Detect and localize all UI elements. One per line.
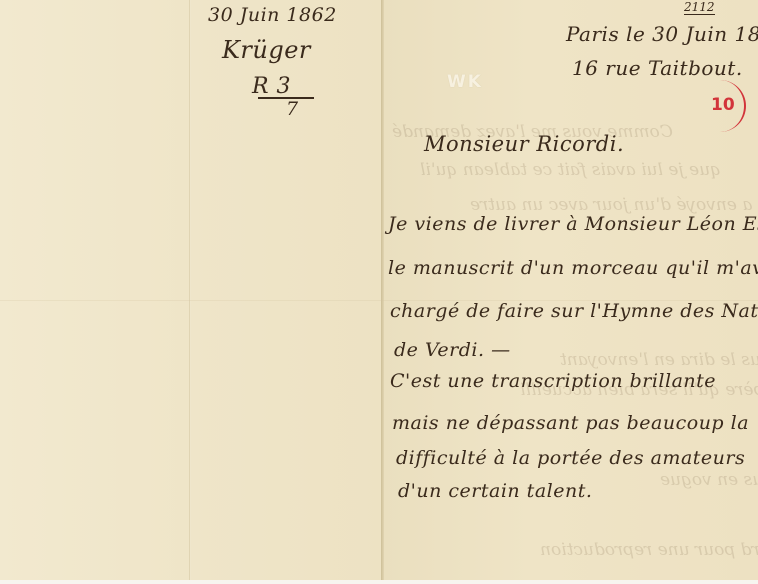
body-line: difficulté à la portée des amateurs — [396, 447, 745, 469]
docket-composer: Krüger — [222, 36, 311, 64]
docket-date: 30 Juin 1862 — [208, 4, 337, 26]
paper-watermark: WK — [447, 72, 483, 92]
fold-line-left — [189, 0, 191, 580]
docket-ref: R 3 — [252, 74, 291, 99]
body-line: Je viens de livrer à Monsieur Léon Escud… — [388, 213, 758, 235]
body-line: C'est une transcription brillante — [390, 370, 716, 392]
bleed-through-text: que je lui avais fait ce tablean qu'il — [420, 160, 721, 180]
fold-line-center — [381, 0, 384, 580]
archive-number: 2112 — [684, 0, 715, 15]
bleed-through-text: de l'accord pour une reproduction — [540, 540, 758, 560]
body-line: chargé de faire sur l'Hymne des Nations — [390, 300, 758, 322]
scan-bottom-edge — [0, 580, 758, 584]
place-date: Paris le 30 Juin 1862 — [566, 22, 758, 46]
body-line: d'un certain talent. — [398, 480, 592, 502]
docket-number: 7 — [286, 98, 299, 120]
body-line: mais ne dépassant pas beaucoup la — [392, 412, 749, 434]
bleed-through-text: il vous le dira en l'envoyant — [560, 350, 758, 370]
salutation: Monsieur Ricordi. — [424, 132, 624, 156]
letter-sheet: Comme vous me l'avez demandé que je lui … — [0, 0, 758, 580]
body-line: le manuscrit d'un morceau qu'il m'avait — [388, 257, 758, 279]
body-line: de Verdi. — — [394, 339, 511, 361]
left-panel — [0, 0, 190, 580]
sender-address: 16 rue Taitbout. — [572, 56, 743, 80]
bleed-through-text: a envoyé d'un jour avec un autre — [470, 195, 752, 215]
bleed-through-text: les plus en vogue — [660, 470, 758, 490]
